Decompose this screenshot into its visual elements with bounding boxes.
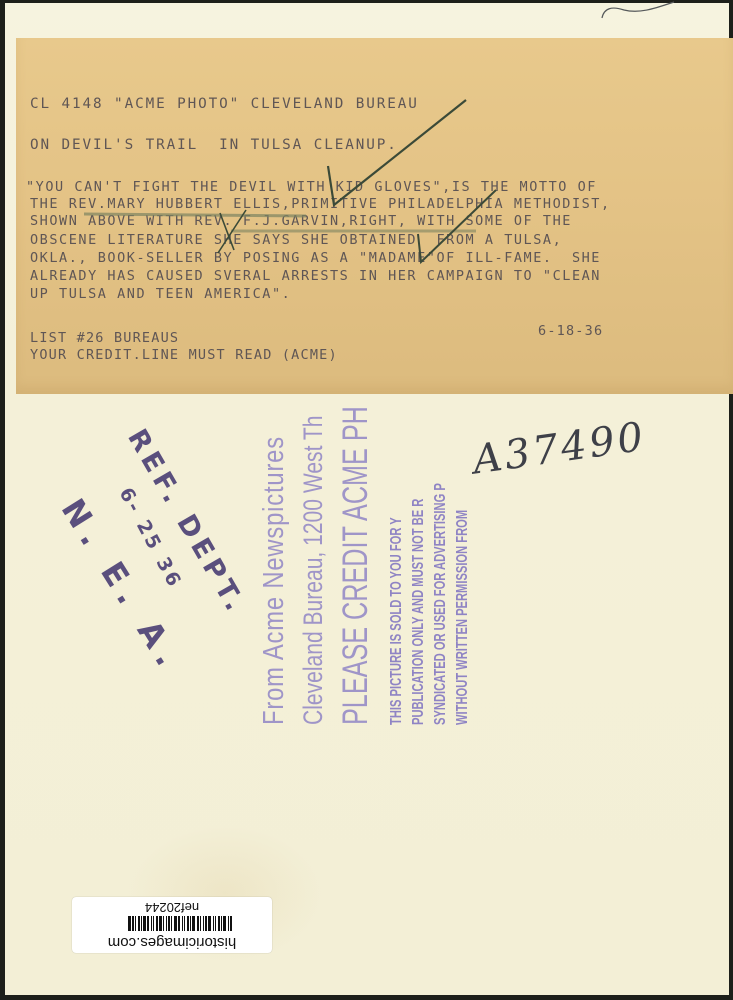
caption-body-line: UP TULSA AND TEEN AMERICA". bbox=[30, 285, 291, 303]
caption-body-line: THE REV.MARY HUBBERT ELLIS,PRIMITIVE PHI… bbox=[30, 195, 611, 213]
acme-stamp-line-3: PLEASE CREDIT ACME PH bbox=[336, 406, 382, 725]
barcode-icon bbox=[107, 916, 232, 931]
caption-body-line: SHOWN ABOVE WITH REV. F.J.GARVIN,RIGHT, … bbox=[30, 212, 572, 230]
caption-headline: ON DEVIL'S TRAIL IN TULSA CLEANUP. bbox=[30, 136, 398, 154]
caption-body-line: OKLA., BOOK-SELLER BY POSING AS A "MADAM… bbox=[30, 249, 601, 267]
acme-credit-stamp: From Acme Newspictures Cleveland Bureau,… bbox=[258, 282, 476, 725]
acme-notice-line: PUBLICATION ONLY AND MUST NOT BE R bbox=[410, 406, 432, 725]
acme-stamp-line-2: Cleveland Bureau, 1200 West Th bbox=[298, 380, 336, 725]
acme-notice-line: SYNDICATED OR USED FOR ADVERTISING P bbox=[432, 406, 454, 725]
caption-body-line: OBSCENE LITERATURE SHE SAYS SHE OBTAINED… bbox=[30, 231, 562, 249]
caption-list-line: LIST #26 BUREAUS bbox=[30, 330, 179, 347]
barcode-label: historicimages.com nef20244 bbox=[72, 897, 272, 953]
caption-body-line: "YOU CAN'T FIGHT THE DEVIL WITH KID GLOV… bbox=[26, 178, 597, 196]
acme-notice-line: THIS PICTURE IS SOLD TO YOU FOR Y bbox=[388, 406, 410, 725]
acme-stamp-line-1: From Acme Newspictures bbox=[258, 362, 298, 725]
caption-header-line: CL 4148 "ACME PHOTO" CLEVELAND BUREAU bbox=[30, 95, 419, 113]
caption-date: 6-18-36 bbox=[538, 323, 603, 340]
barcode-id-text: nef20244 bbox=[72, 900, 272, 915]
barcode-site-text: historicimages.com bbox=[72, 934, 272, 951]
